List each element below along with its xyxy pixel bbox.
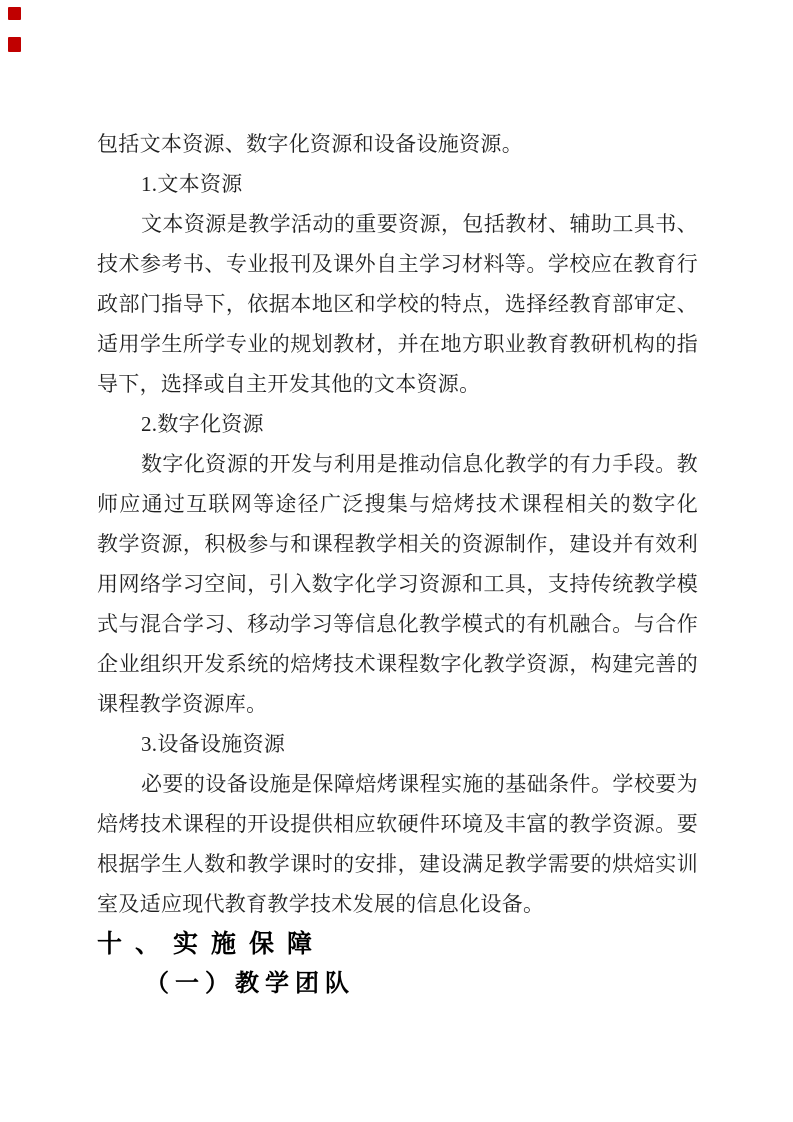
paragraph-line: 师应通过互联网等途径广泛搜集与焙烤技术课程相关的数字化 [97, 484, 698, 524]
list-item-heading-1: 1.文本资源 [97, 164, 698, 204]
red-artifact-mark-2 [8, 37, 21, 52]
paragraph-line: 企业组织开发系统的焙烤技术课程数字化教学资源，构建完善的 [97, 644, 698, 684]
paragraph-line: 根据学生人数和教学课时的安排，建设满足教学需要的烘焙实训 [97, 844, 698, 884]
section-heading: 十、实施保障 [97, 924, 698, 964]
paragraph-line: 焙烤技术课程的开设提供相应软硬件环境及丰富的教学资源。要 [97, 804, 698, 844]
paragraph-line: 式与混合学习、移动学习等信息化教学模式的有机融合。与合作 [97, 604, 698, 644]
document-page: 包括文本资源、数字化资源和设备设施资源。 1.文本资源 文本资源是教学活动的重要… [0, 0, 793, 1122]
paragraph-line: 政部门指导下，依据本地区和学校的特点，选择经教育部审定、 [97, 284, 698, 324]
paragraph-line: 适用学生所学专业的规划教材，并在地方职业教育教研机构的指 [97, 324, 698, 364]
paragraph-line: 课程教学资源库。 [97, 684, 698, 724]
paragraph-line: 技术参考书、专业报刊及课外自主学习材料等。学校应在教育行 [97, 244, 698, 284]
paragraph-line: 室及适应现代教育教学技术发展的信息化设备。 [97, 884, 698, 924]
list-item-heading-3: 3.设备设施资源 [97, 724, 698, 764]
red-artifact-mark-1 [8, 7, 21, 20]
paragraph-line: 教学资源，积极参与和课程教学相关的资源制作，建设并有效利 [97, 524, 698, 564]
document-body: 包括文本资源、数字化资源和设备设施资源。 1.文本资源 文本资源是教学活动的重要… [97, 124, 698, 1004]
paragraph-line: 数字化资源的开发与利用是推动信息化教学的有力手段。教 [97, 444, 698, 484]
paragraph-line: 必要的设备设施是保障焙烤课程实施的基础条件。学校要为 [97, 764, 698, 804]
list-item-heading-2: 2.数字化资源 [97, 404, 698, 444]
paragraph-line: 文本资源是教学活动的重要资源，包括教材、辅助工具书、 [97, 204, 698, 244]
paragraph-line: 用网络学习空间，引入数字化学习资源和工具，支持传统教学模 [97, 564, 698, 604]
paragraph-line: 导下，选择或自主开发其他的文本资源。 [97, 364, 698, 404]
paragraph-line: 包括文本资源、数字化资源和设备设施资源。 [97, 124, 698, 164]
subsection-heading: （一）教学团队 [97, 964, 698, 1004]
